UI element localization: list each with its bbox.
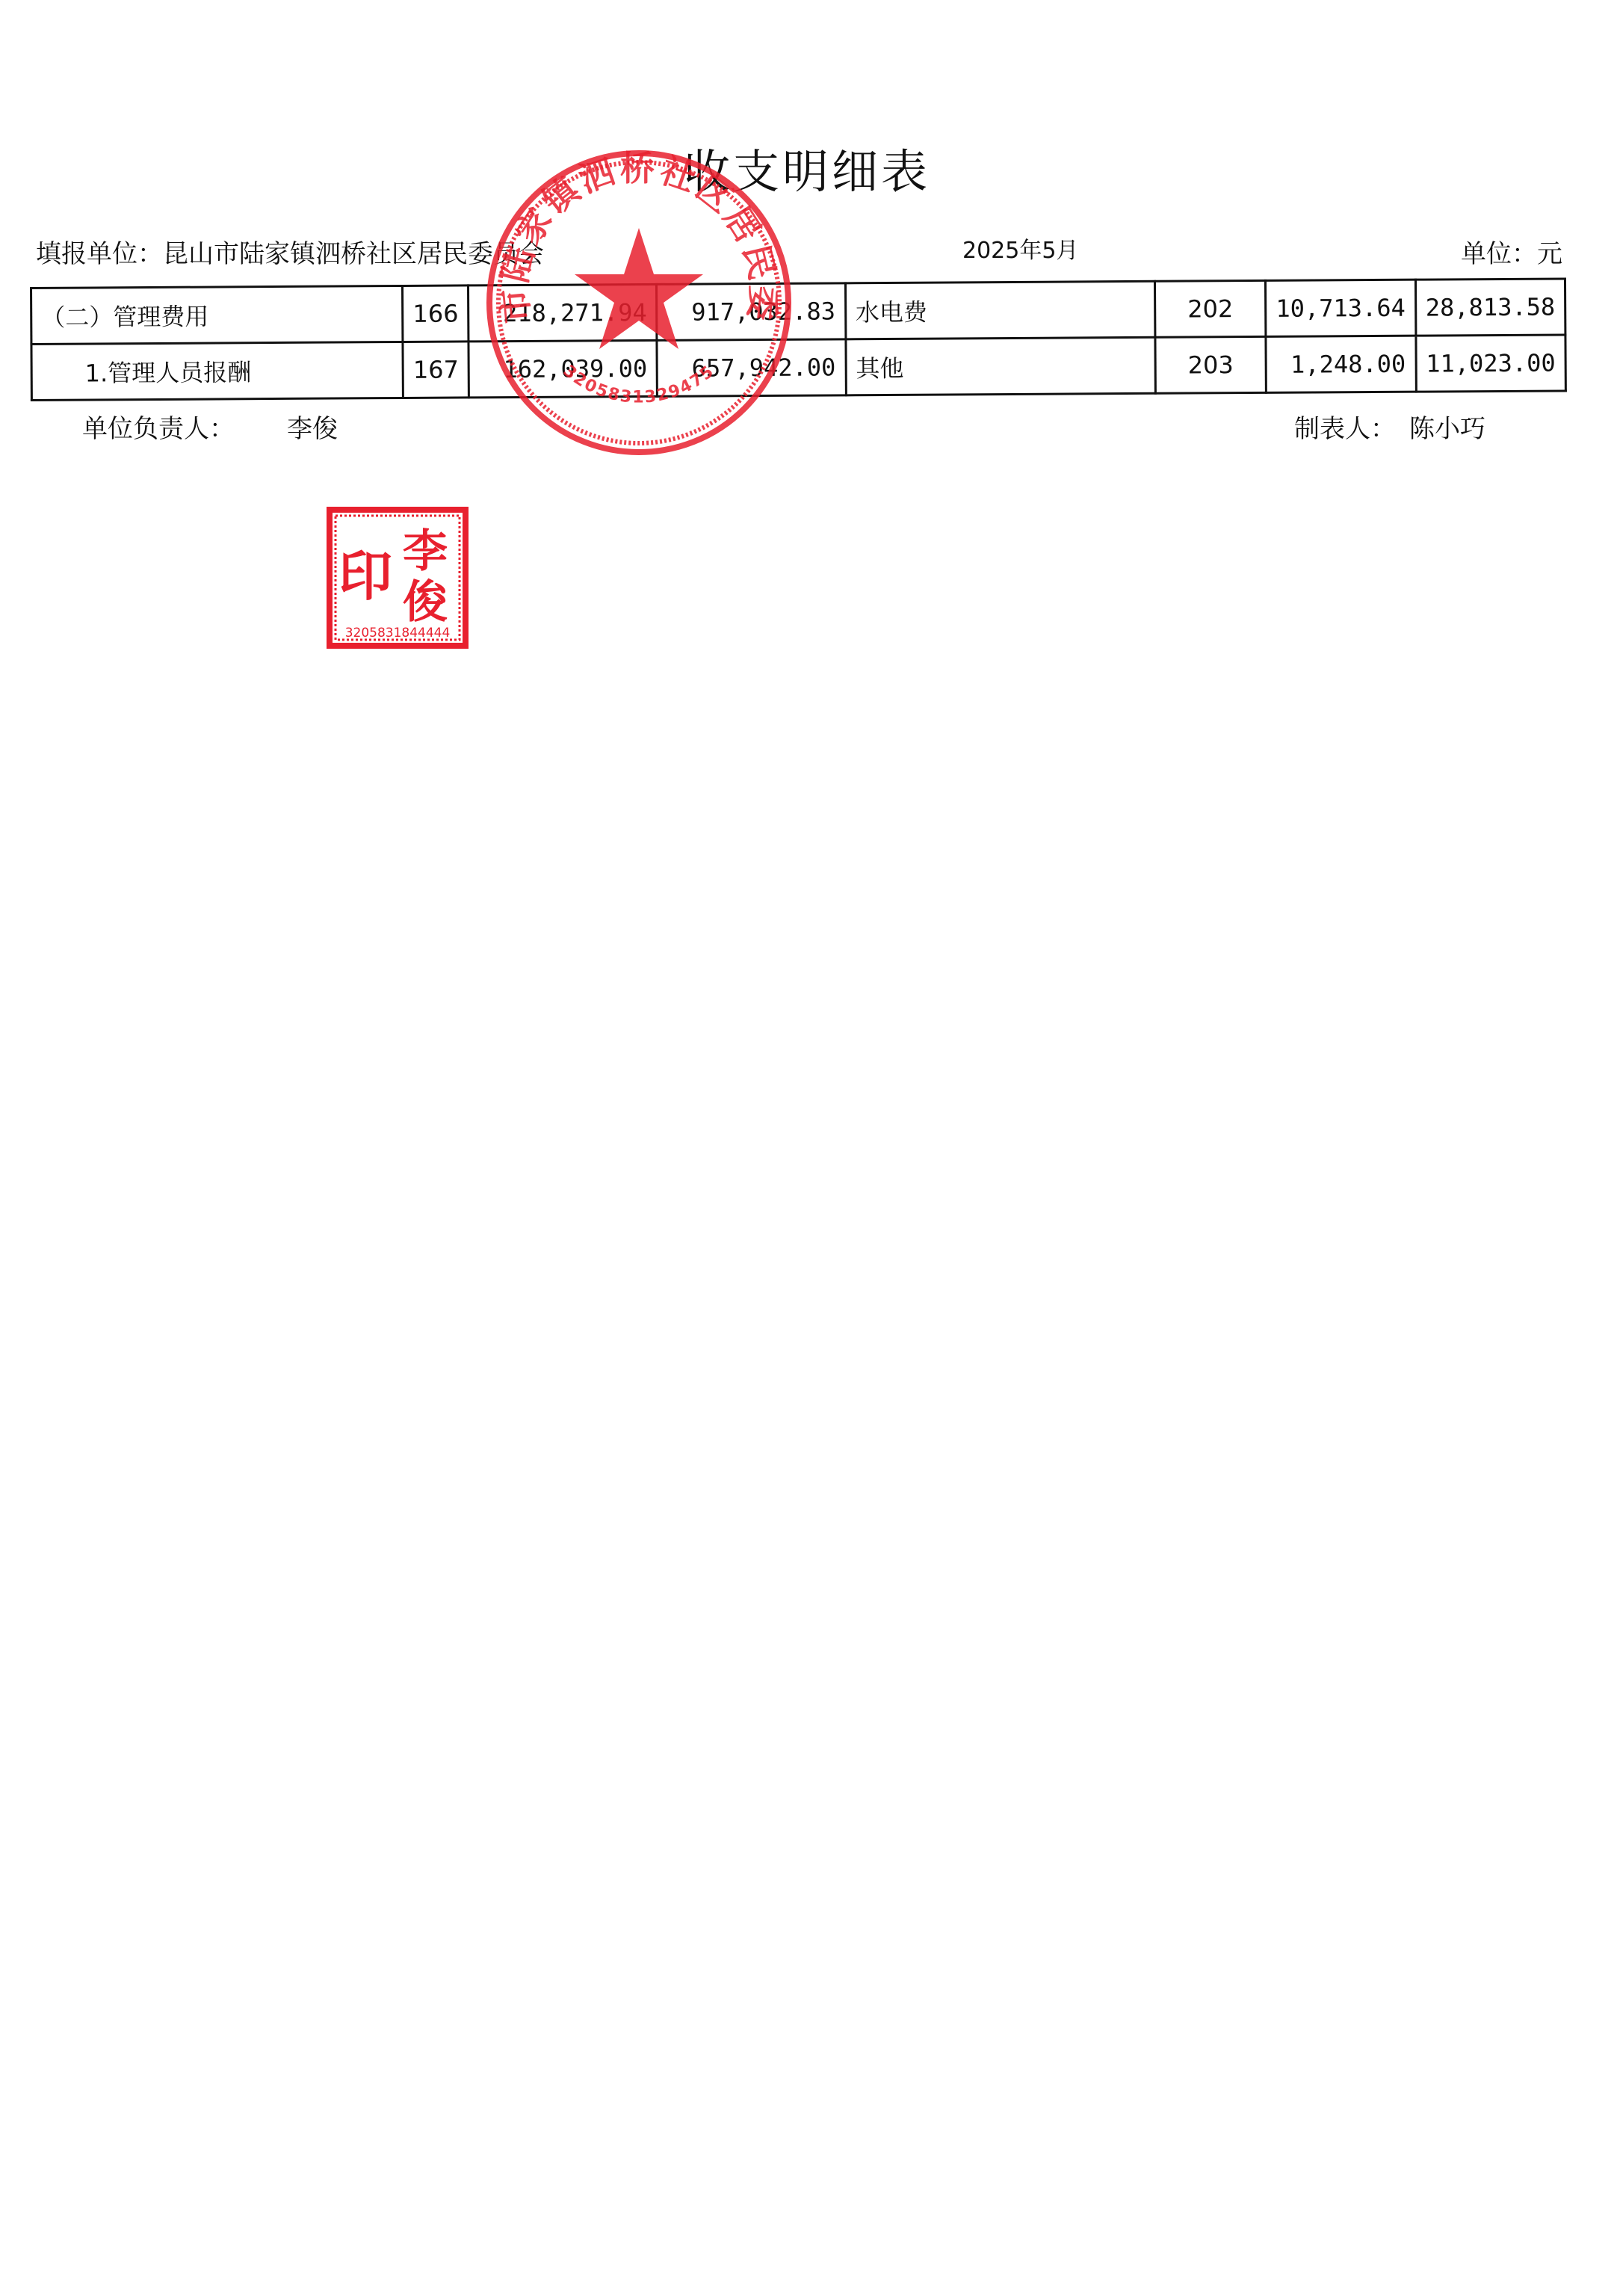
preparer: 制表人：陈小巧 (1294, 408, 1485, 445)
current-amount: 218,271.94 (469, 284, 658, 342)
personal-seal-icon: 印 李 俊 3205831844444 (327, 507, 469, 649)
current-amount: 10,713.64 (1266, 280, 1416, 336)
svg-text:印: 印 (338, 544, 392, 608)
report-period: 2025年5月 (962, 232, 1078, 265)
preparer-label: 制表人： (1294, 414, 1396, 444)
item-code: 167 (403, 342, 469, 398)
currency-unit: 单位：元 (1461, 233, 1562, 270)
svg-text:3205831844444: 3205831844444 (345, 626, 451, 641)
preparer-name: 陈小巧 (1409, 414, 1485, 444)
ledger-table: （二）管理费用 166 218,271.94 917,032.83 水电费 20… (30, 277, 1567, 401)
item-name: 水电费 (845, 281, 1155, 339)
filing-unit-label: 填报单位： (36, 239, 163, 269)
table-row: （二）管理费用 166 218,271.94 917,032.83 水电费 20… (31, 279, 1565, 345)
item-code: 203 (1155, 336, 1267, 393)
filing-unit: 填报单位：昆山市陆家镇泗桥社区居民委员会 (36, 233, 544, 270)
item-name: 1.管理人员报酬 (31, 342, 403, 400)
item-name: （二）管理费用 (31, 286, 403, 344)
item-code: 202 (1154, 280, 1266, 337)
responsible-label: 单位负责人： (82, 414, 235, 444)
cumulative-amount: 917,032.83 (657, 283, 846, 341)
table-row: 1.管理人员报酬 167 162,039.00 657,942.00 其他 20… (31, 335, 1565, 401)
item-code: 166 (403, 286, 469, 342)
svg-text:俊: 俊 (403, 576, 448, 629)
cumulative-amount: 657,942.00 (657, 339, 846, 397)
cumulative-amount: 28,813.58 (1415, 279, 1565, 336)
filing-unit-value: 昆山市陆家镇泗桥社区居民委员会 (163, 239, 544, 269)
cumulative-amount: 11,023.00 (1416, 335, 1566, 392)
svg-text:李: 李 (403, 525, 448, 578)
current-amount: 162,039.00 (469, 340, 658, 398)
current-amount: 1,248.00 (1266, 336, 1416, 392)
responsible-name: 李俊 (287, 414, 338, 444)
document-title: 收支明细表 (0, 135, 1614, 201)
item-name: 其他 (846, 337, 1156, 395)
responsible-person: 单位负责人：李俊 (82, 408, 338, 445)
